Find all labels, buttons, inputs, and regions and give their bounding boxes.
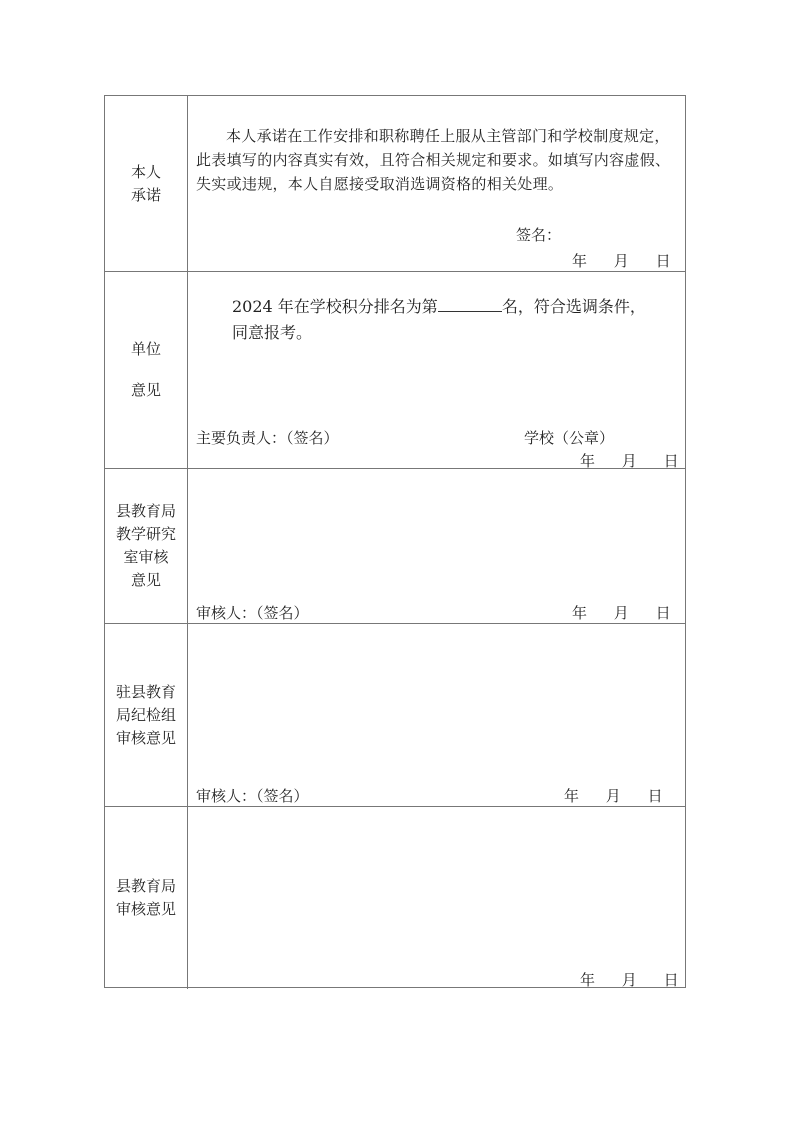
label-line: 意见 [116,569,176,592]
date-month: 月 [622,969,637,990]
date-month: 月 [606,785,621,806]
date-year: 年 [572,602,587,623]
date-month: 月 [614,250,629,271]
signature-label: 签名： [516,224,561,245]
row-label: 县教育局 审核意见 [105,807,188,989]
teaching-research-review-field[interactable]: 审核人：（签名） 年 月 日 [188,469,685,623]
row-discipline-inspection-review: 驻县教育 局纪检组 审核意见 审核人：（签名） 年 月 日 [105,624,685,807]
date-year: 年 [564,785,579,806]
label-line: 室审核 [116,546,176,569]
row-unit-opinion: 单位 意见 2024 年在学校积分排名为第名，符合选调条件， 同意报考。 主要负… [105,272,685,469]
date-day: 日 [656,250,671,271]
approval-form-table: 本人 承诺 本人承诺在工作安排和职称聘任上服从主管部门和学校制度规定，此表填写的… [104,95,686,988]
label-line: 意见 [131,379,161,402]
unit-opinion-text: 2024 年在学校积分排名为第名，符合选调条件， 同意报考。 [232,294,679,346]
date-day: 日 [648,785,663,806]
row-label: 驻县教育 局纪检组 审核意见 [105,624,188,806]
date-year: 年 [580,969,595,990]
commitment-field[interactable]: 本人承诺在工作安排和职称聘任上服从主管部门和学校制度规定，此表填写的内容真实有效… [188,96,685,271]
row-label: 本人 承诺 [105,96,188,271]
row-label: 单位 意见 [105,272,188,468]
date-day: 日 [664,450,679,471]
row-teaching-research-review: 县教育局 教学研究 室审核 意见 审核人：（签名） 年 月 日 [105,469,685,624]
label-line: 审核意见 [116,898,176,921]
commitment-text: 本人承诺在工作安排和职称聘任上服从主管部门和学校制度规定，此表填写的内容真实有效… [196,124,677,196]
date-line: 年 月 日 [572,602,671,623]
school-seal-label: 学校（公章） [524,427,614,448]
reviewer-signer-label: 审核人：（签名） [196,602,309,623]
row-label: 县教育局 教学研究 室审核 意见 [105,469,188,623]
row-personal-commitment: 本人 承诺 本人承诺在工作安排和职称聘任上服从主管部门和学校制度规定，此表填写的… [105,96,685,272]
label-line: 县教育局 [116,875,176,898]
label-line: 教学研究 [116,523,176,546]
label-line: 局纪检组 [116,704,176,727]
discipline-inspection-review-field[interactable]: 审核人：（签名） 年 月 日 [188,624,685,806]
date-line: 年 月 日 [572,250,671,271]
principal-signer-label: 主要负责人：（签名） [196,427,339,448]
label-line: 驻县教育 [116,681,176,704]
date-day: 日 [656,602,671,623]
label-line: 审核意见 [116,727,176,750]
label-line: 承诺 [131,184,161,207]
date-year: 年 [572,250,587,271]
date-year: 年 [580,450,595,471]
date-day: 日 [664,969,679,990]
date-month: 月 [622,450,637,471]
date-line: 年 月 日 [580,969,679,990]
row-education-bureau-review: 县教育局 审核意见 年 月 日 [105,807,685,989]
reviewer-signer-label: 审核人：（签名） [196,785,309,806]
label-line: 单位 [131,338,161,361]
unit-opinion-field[interactable]: 2024 年在学校积分排名为第名，符合选调条件， 同意报考。 主要负责人：（签名… [188,272,685,468]
date-line: 年 月 日 [564,785,663,806]
label-line: 县教育局 [116,500,176,523]
date-line: 年 月 日 [580,450,679,471]
education-bureau-review-field[interactable]: 年 月 日 [188,807,685,989]
date-month: 月 [614,602,629,623]
rank-blank-field[interactable] [438,297,502,312]
label-line: 本人 [131,161,161,184]
